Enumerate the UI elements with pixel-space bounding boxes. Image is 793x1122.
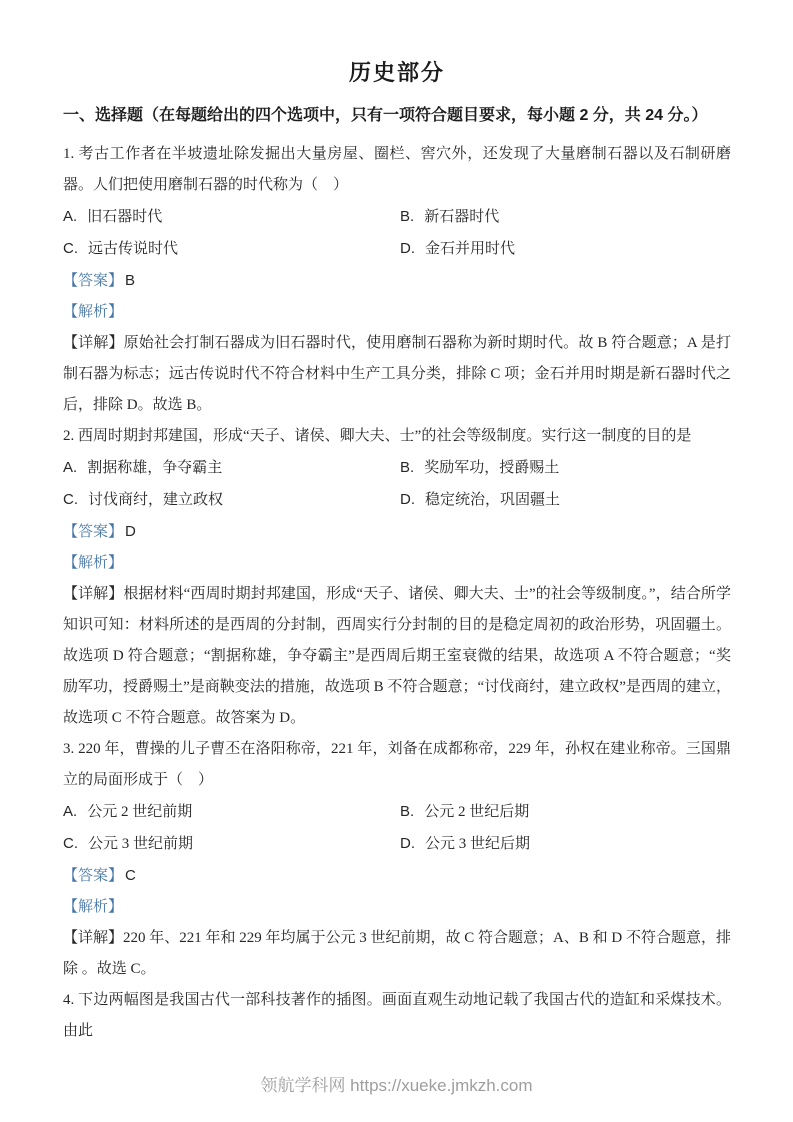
answer-label: 【答案】 (63, 524, 123, 540)
question-1-option-c: C.远古传说时代 (63, 233, 400, 265)
option-text: 远古传说时代 (88, 241, 178, 257)
question-4: 4. 下边两幅图是我国古代一部科技著作的插图。画面直观生动地记载了我国古代的造缸… (63, 985, 731, 1047)
option-label: B. (400, 459, 414, 476)
detail-text: 220 年、221 年和 229 年均属于公元 3 世纪前期，故 C 符合题意；… (63, 930, 731, 977)
option-text: 旧石器时代 (87, 209, 162, 225)
question-3-option-d: D.公元 3 世纪后期 (400, 828, 731, 860)
detail-text: 根据材料“西周时期封邦建国，形成“天子、诸侯、卿大夫、士”的社会等级制度。”，结… (63, 586, 731, 726)
option-label: C. (63, 491, 78, 508)
question-1-options-row-2: C.远古传说时代 D.金石并用时代 (63, 233, 731, 265)
question-3-option-a: A.公元 2 世纪前期 (63, 796, 400, 828)
option-label: A. (63, 803, 77, 820)
question-2-detail: 【详解】根据材料“西周时期封邦建国，形成“天子、诸侯、卿大夫、士”的社会等级制度… (63, 579, 731, 734)
detail-label: 【详解】 (63, 586, 123, 602)
option-label: C. (63, 240, 78, 257)
option-label: D. (400, 491, 415, 508)
question-3-options-row-1: A.公元 2 世纪前期 B.公元 2 世纪后期 (63, 796, 731, 828)
question-1-option-b: B.新石器时代 (400, 201, 731, 233)
option-text: 公元 3 世纪前期 (88, 836, 193, 852)
option-text: 公元 3 世纪后期 (425, 836, 530, 852)
option-label: B. (400, 803, 414, 820)
question-3-analysis-line: 【解析】 (63, 892, 731, 923)
question-2-option-c: C.讨伐商纣，建立政权 (63, 484, 400, 516)
question-1-option-a: A.旧石器时代 (63, 201, 400, 233)
question-1-stem: 1. 考古工作者在半坡遗址除发掘出大量房屋、圈栏、窖穴外，还发现了大量磨制石器以… (63, 139, 731, 201)
question-3-option-b: B.公元 2 世纪后期 (400, 796, 731, 828)
question-2-option-a: A.割据称雄，争夺霸主 (63, 452, 400, 484)
question-2-option-d: D.稳定统治，巩固疆土 (400, 484, 731, 516)
question-2-options-row-2: C.讨伐商纣，建立政权 D.稳定统治，巩固疆土 (63, 484, 731, 516)
detail-text: 原始社会打制石器成为旧石器时代，使用磨制石器称为新时期时代。故 B 符合题意；A… (63, 335, 731, 413)
answer-value: B (125, 272, 135, 289)
option-text: 金石并用时代 (425, 241, 515, 257)
question-1: 1. 考古工作者在半坡遗址除发掘出大量房屋、圈栏、窖穴外，还发现了大量磨制石器以… (63, 139, 731, 421)
detail-label: 【详解】 (63, 335, 124, 351)
option-text: 奖励军功，授爵赐土 (424, 460, 559, 476)
analysis-label: 【解析】 (63, 899, 123, 915)
answer-value: C (125, 867, 136, 884)
option-text: 公元 2 世纪前期 (87, 804, 192, 820)
question-1-option-d: D.金石并用时代 (400, 233, 731, 265)
option-label: D. (400, 835, 415, 852)
detail-label: 【详解】 (63, 930, 123, 946)
option-text: 公元 2 世纪后期 (424, 804, 529, 820)
question-1-analysis-line: 【解析】 (63, 297, 731, 328)
question-2-answer-line: 【答案】D (63, 516, 731, 548)
option-text: 讨伐商纣，建立政权 (88, 492, 223, 508)
question-3-option-c: C.公元 3 世纪前期 (63, 828, 400, 860)
option-label: C. (63, 835, 78, 852)
option-label: A. (63, 459, 77, 476)
option-text: 割据称雄，争夺霸主 (87, 460, 222, 476)
watermark: 领航学科网 https://xueke.jmkzh.com (0, 1071, 793, 1096)
answer-value: D (125, 523, 136, 540)
question-2-stem: 2. 西周时期封邦建国，形成“天子、诸侯、卿大夫、士”的社会等级制度。实行这一制… (63, 421, 731, 452)
question-2-option-b: B.奖励军功，授爵赐土 (400, 452, 731, 484)
question-2: 2. 西周时期封邦建国，形成“天子、诸侯、卿大夫、士”的社会等级制度。实行这一制… (63, 421, 731, 734)
answer-label: 【答案】 (63, 273, 123, 289)
question-4-stem: 4. 下边两幅图是我国古代一部科技著作的插图。画面直观生动地记载了我国古代的造缸… (63, 985, 731, 1047)
question-3-detail: 【详解】220 年、221 年和 229 年均属于公元 3 世纪前期，故 C 符… (63, 923, 731, 985)
question-1-options-row-1: A.旧石器时代 B.新石器时代 (63, 201, 731, 233)
question-2-analysis-line: 【解析】 (63, 548, 731, 579)
question-3-options-row-2: C.公元 3 世纪前期 D.公元 3 世纪后期 (63, 828, 731, 860)
question-1-answer-line: 【答案】B (63, 265, 731, 297)
exam-page: 历史部分 一、选择题（在每题给出的四个选项中，只有一项符合题目要求，每小题 2 … (0, 0, 793, 1047)
analysis-label: 【解析】 (63, 555, 123, 571)
question-2-options-row-1: A.割据称雄，争夺霸主 B.奖励军功，授爵赐土 (63, 452, 731, 484)
answer-label: 【答案】 (63, 868, 123, 884)
section-heading: 一、选择题（在每题给出的四个选项中，只有一项符合题目要求，每小题 2 分，共 2… (63, 103, 731, 129)
option-label: A. (63, 208, 77, 225)
option-text: 新石器时代 (424, 209, 499, 225)
option-label: D. (400, 240, 415, 257)
option-label: B. (400, 208, 414, 225)
analysis-label: 【解析】 (63, 304, 123, 320)
page-title: 历史部分 (63, 56, 731, 87)
question-3: 3. 220 年，曹操的儿子曹丕在洛阳称帝，221 年，刘备在成都称帝，229 … (63, 734, 731, 985)
question-1-detail: 【详解】原始社会打制石器成为旧石器时代，使用磨制石器称为新时期时代。故 B 符合… (63, 328, 731, 421)
question-3-answer-line: 【答案】C (63, 860, 731, 892)
option-text: 稳定统治，巩固疆土 (425, 492, 560, 508)
question-3-stem: 3. 220 年，曹操的儿子曹丕在洛阳称帝，221 年，刘备在成都称帝，229 … (63, 734, 731, 796)
